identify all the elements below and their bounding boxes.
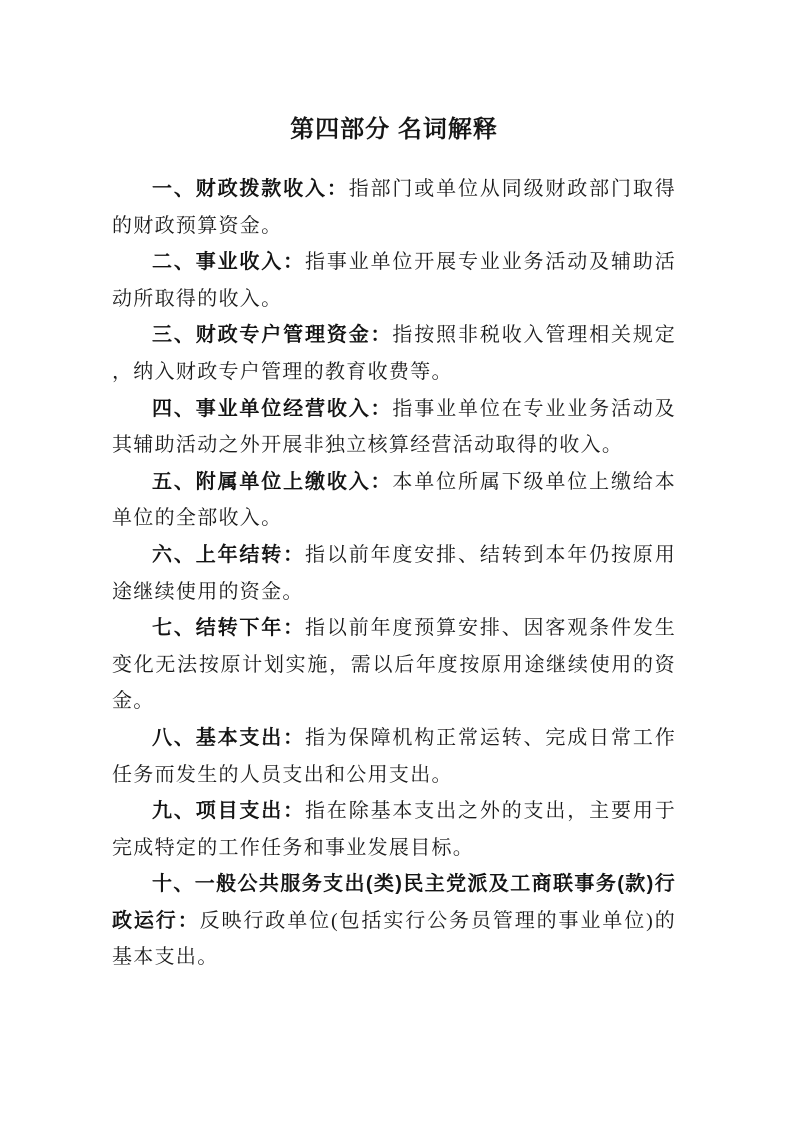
term-label: 四、事业单位经营收入：: [152, 398, 392, 420]
glossary-item-1: 一、财政拨款收入：指部门或单位从同级财政部门取得的财政预算资金。: [112, 171, 676, 244]
glossary-item-6: 六、上年结转：指以前年度安排、结转到本年仍按原用途继续使用的资金。: [112, 537, 676, 610]
glossary-item-3: 三、财政专户管理资金：指按照非税收入管理相关规定，纳入财政专户管理的教育收费等。: [112, 317, 676, 390]
term-label: 七、结转下年：: [152, 617, 305, 639]
term-label: 九、项目支出：: [152, 800, 305, 822]
term-label: 五、附属单位上缴收入：: [152, 471, 392, 493]
glossary-item-10: 十、一般公共服务支出(类)民主党派及工商联事务(款)行政运行：反映行政单位(包括…: [112, 866, 676, 976]
glossary-item-5: 五、附属单位上缴收入：本单位所属下级单位上缴给本单位的全部收入。: [112, 464, 676, 537]
glossary-item-4: 四、事业单位经营收入：指事业单位在专业业务活动及其辅助活动之外开展非独立核算经营…: [112, 391, 676, 464]
glossary-list: 一、财政拨款收入：指部门或单位从同级财政部门取得的财政预算资金。 二、事业收入：…: [112, 171, 676, 976]
glossary-item-7: 七、结转下年：指以前年度预算安排、因客观条件发生变化无法按原计划实施，需以后年度…: [112, 610, 676, 720]
term-label: 八、基本支出：: [152, 727, 305, 749]
glossary-item-8: 八、基本支出：指为保障机构正常运转、完成日常工作任务而发生的人员支出和公用支出。: [112, 720, 676, 793]
term-label: 三、财政专户管理资金：: [152, 324, 392, 346]
glossary-item-9: 九、项目支出：指在除基本支出之外的支出，主要用于完成特定的工作任务和事业发展目标…: [112, 793, 676, 866]
document-page: 第四部分 名词解释 一、财政拨款收入：指部门或单位从同级财政部门取得的财政预算资…: [0, 0, 793, 1122]
term-label: 二、事业收入：: [152, 251, 305, 273]
glossary-item-2: 二、事业收入：指事业单位开展专业业务活动及辅助活动所取得的收入。: [112, 244, 676, 317]
page-title: 第四部分 名词解释: [112, 111, 676, 148]
term-label: 一、财政拨款收入：: [152, 178, 349, 200]
term-label: 六、上年结转：: [152, 544, 305, 566]
